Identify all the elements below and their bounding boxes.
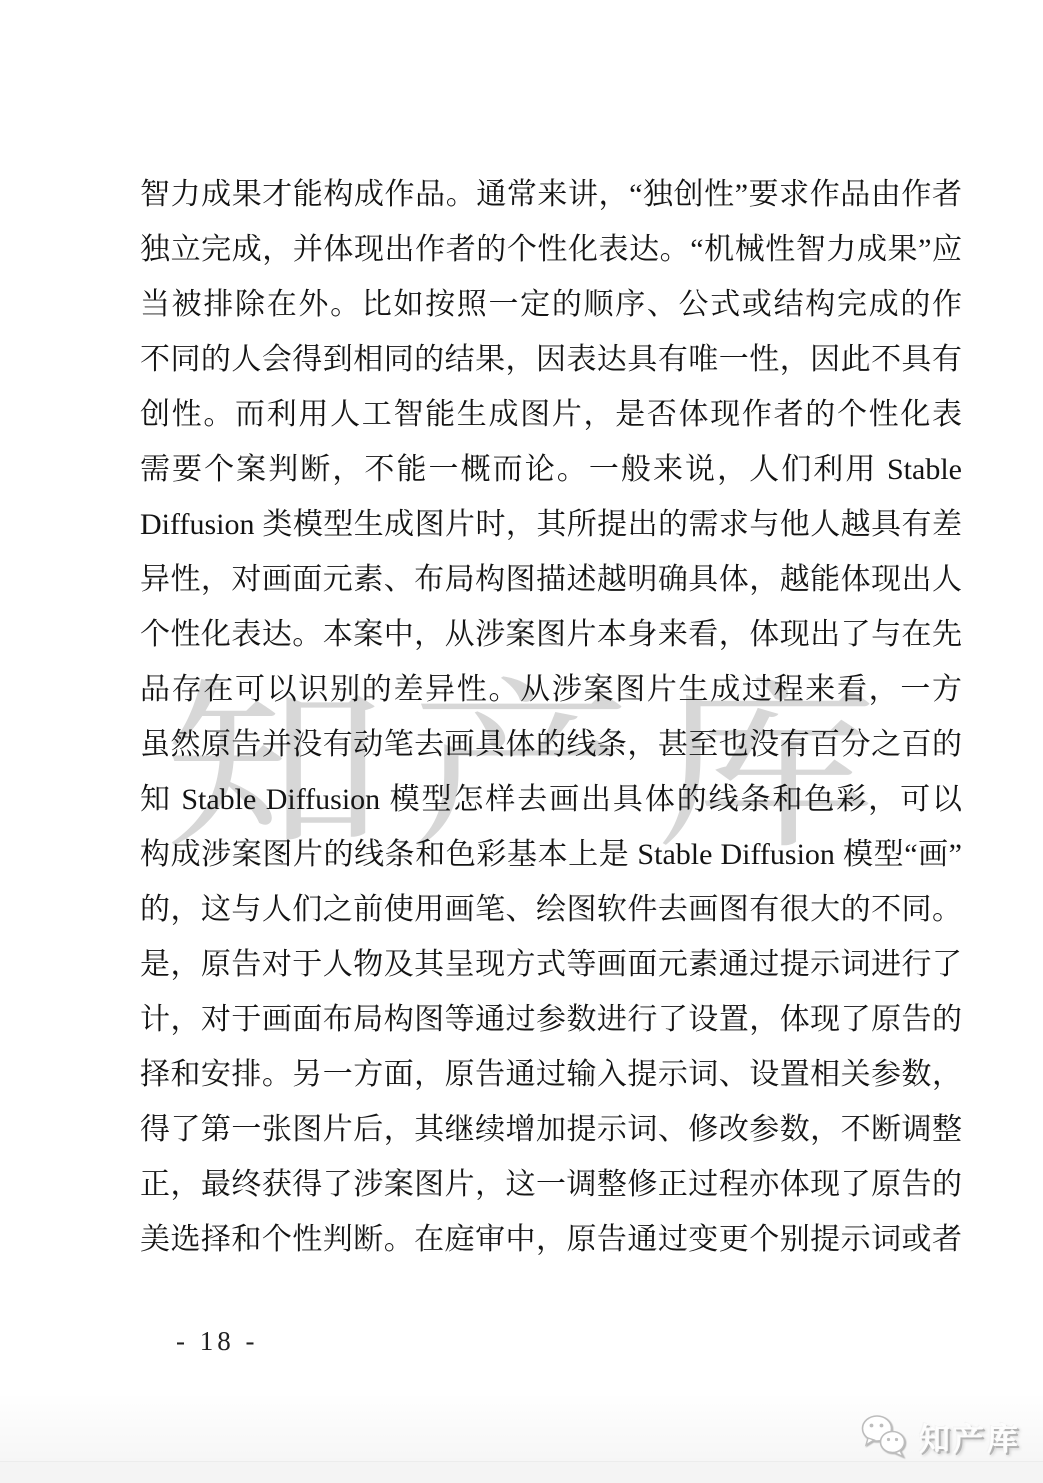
document-page: 知产库 智力成果才能构成作品。通常来讲，“独创性”要求作品由作者 独立完成，并体… [0,0,1043,1483]
text-line: 个性化表达。本案中，从涉案图片本身来看，体现出了与在先作 [140,607,962,662]
text-line: 正，最终获得了涉案图片，这一调整修正过程亦体现了原告的审 [140,1157,962,1212]
text-line: 当被排除在外。比如按照一定的顺序、公式或结构完成的作品， [140,277,962,332]
text-line: 需要个案判断，不能一概而论。一般来说，人们利用 Stable [140,442,962,497]
text-line: 是，原告对于人物及其呈现方式等画面元素通过提示词进行了设 [140,937,962,992]
text-line: 美选择和个性判断。在庭审中，原告通过变更个别提示词或者变 [140,1212,962,1267]
page-number: - 18 - [176,1326,258,1357]
brand-logo: 知产库 [859,1413,1021,1459]
text-line: 构成涉案图片的线条和色彩基本上是 Stable Diffusion 模型“画” [140,827,962,882]
text-line: 智力成果才能构成作品。通常来讲，“独创性”要求作品由作者 [140,167,962,222]
text-line: 不同的人会得到相同的结果，因表达具有唯一性，因此不具有独 [140,332,962,387]
text-line: 的，这与人们之前使用画笔、绘图软件去画图有很大的不同。但 [140,882,962,937]
text-line: 独立完成，并体现出作者的个性化表达。“机械性智力成果”应 [140,222,962,277]
brand-name: 知产库 [919,1414,1021,1459]
text-line: 得了第一张图片后，其继续增加提示词、修改参数，不断调整修 [140,1102,962,1157]
footer-band [0,1461,1043,1483]
text-line: 品存在可以识别的差异性。从涉案图片生成过程来看，一方面， [140,662,962,717]
text-line: Diffusion 类模型生成图片时，其所提出的需求与他人越具有差 [140,497,962,552]
text-line: 计，对于画面布局构图等通过参数进行了设置，体现了原告的选 [140,992,962,1047]
body-text: 智力成果才能构成作品。通常来讲，“独创性”要求作品由作者 独立完成，并体现出作者… [140,167,962,1267]
text-line: 择和安排。另一方面，原告通过输入提示词、设置相关参数，获 [140,1047,962,1102]
text-line: 创性。而利用人工智能生成图片，是否体现作者的个性化表达， [140,387,962,442]
text-line: 虽然原告并没有动笔去画具体的线条，甚至也没有百分之百的告 [140,717,962,772]
text-line: 知 Stable Diffusion 模型怎样去画出具体的线条和色彩，可以说， [140,772,962,827]
wechat-icon [859,1413,909,1459]
text-line: 异性，对画面元素、布局构图描述越明确具体，越能体现出人的 [140,552,962,607]
